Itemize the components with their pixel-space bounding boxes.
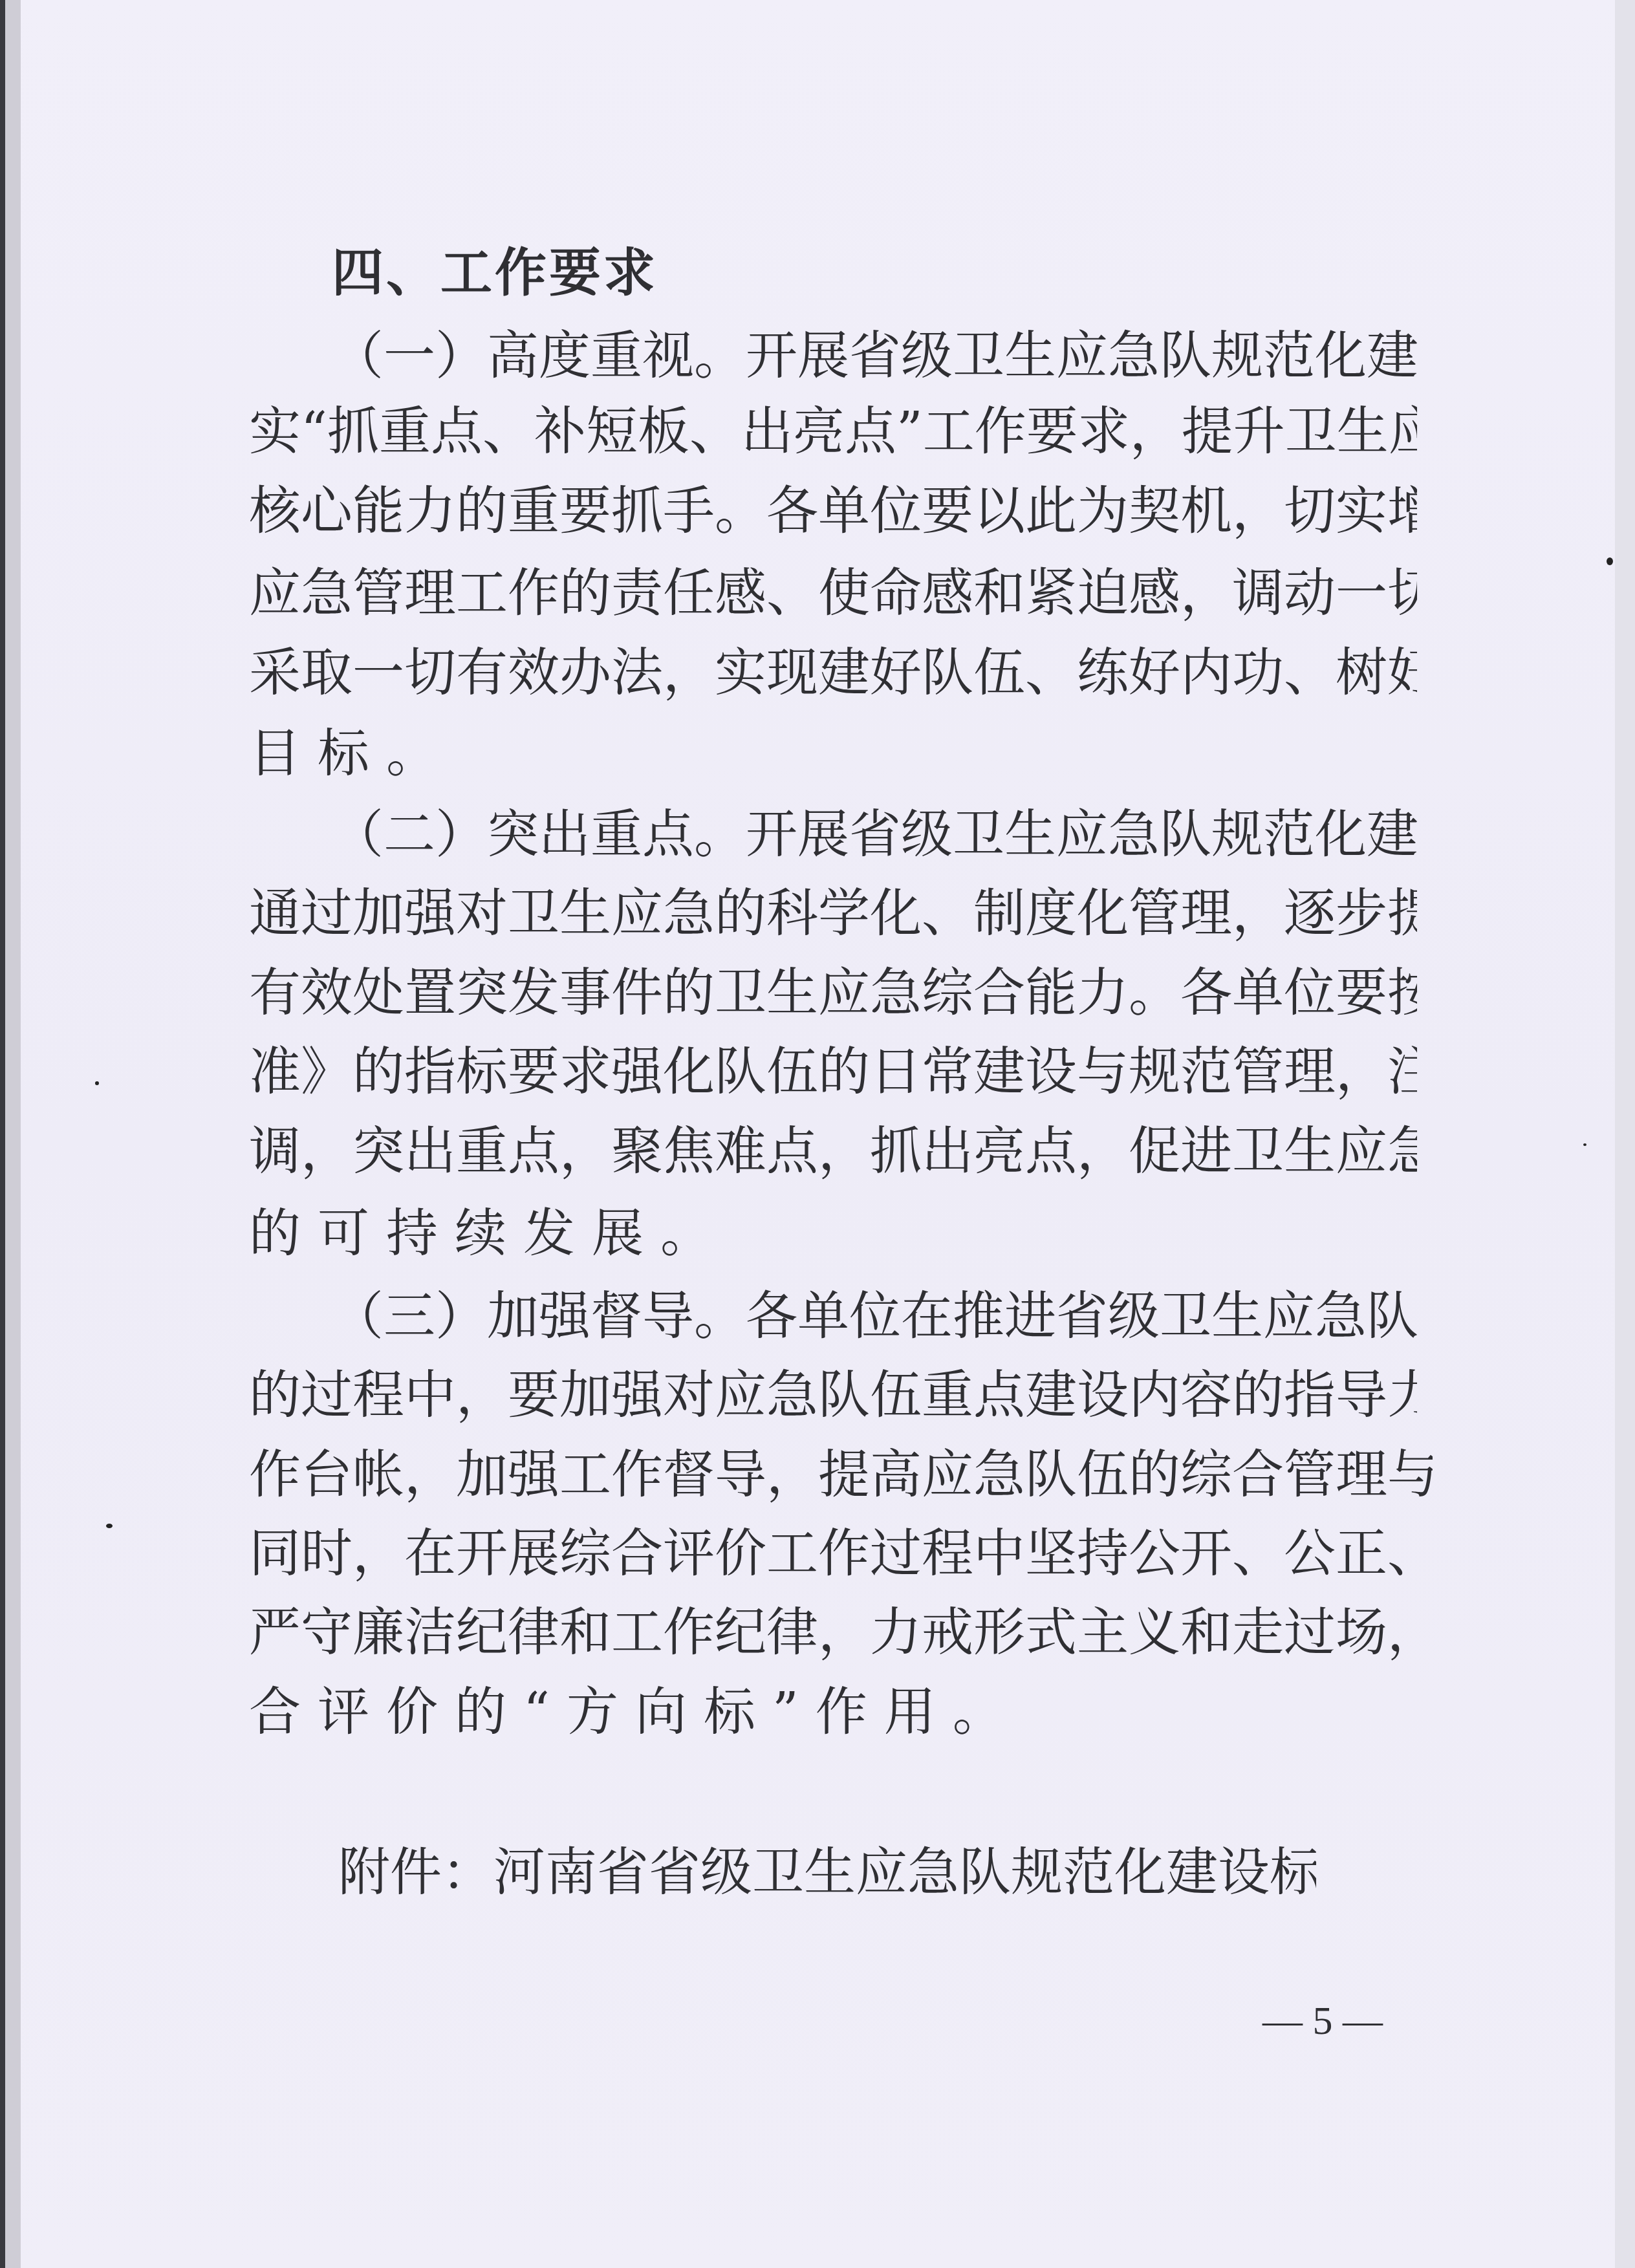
scan-speck <box>1583 1143 1586 1146</box>
paragraph-1-line-5: 采取一切有效办法，实现建好队伍、练好内功、树好形象的工作 <box>249 637 1417 708</box>
paragraph-3-line-4: 同时，在开展综合评价工作过程中坚持公开、公正、客观原则， <box>249 1518 1433 1589</box>
paragraph-1-line-2: 实“抓重点、补短板、出亮点”工作要求，提升卫生应急队伍 <box>249 396 1417 467</box>
paragraph-2-line-5: 调，突出重点，聚焦难点，抓出亮点，促进卫生应急规范化建设 <box>249 1116 1417 1187</box>
paragraph-2-line-4: 准》的指标要求强化队伍的日常建设与规范管理，注重统筹协 <box>249 1036 1417 1107</box>
scan-edge-right <box>1615 0 1635 2268</box>
paragraph-1-line-4: 应急管理工作的责任感、使命感和紧迫感，调动一切积极因素， <box>249 557 1417 629</box>
paragraph-3-line-3: 作台帐，加强工作督导，提高应急队伍的综合管理与应急能力。 <box>249 1439 1433 1510</box>
paragraph-3-line-1: （三）加强督导。各单位在推进省级卫生应急队规范化建设 <box>332 1280 1417 1352</box>
paragraph-1-line-6: 目标。 <box>249 718 572 789</box>
paragraph-2-line-1: （二）突出重点。开展省级卫生应急队规范化建设的目的是 <box>332 799 1417 870</box>
page-number: — 5 — <box>1251 1995 1394 2047</box>
scan-edge-left <box>5 0 21 2268</box>
paragraph-2-line-6: 的可持续发展。 <box>249 1198 766 1269</box>
scan-edge-left-dark <box>0 0 5 2268</box>
paragraph-3-line-5: 严守廉洁纪律和工作纪律，力戒形式主义和走过场，充分发挥综 <box>249 1597 1417 1668</box>
paragraph-1-line-1: （一）高度重视。开展省级卫生应急队规范化建设是全面落 <box>332 320 1417 391</box>
attachment-line: 附件：河南省省级卫生应急队规范化建设标准（试行） <box>338 1837 1316 1908</box>
paragraph-3-line-6: 合评价的“方向标”作用。 <box>249 1676 1090 1747</box>
paragraph-3-line-2: 的过程中，要加强对应急队伍重点建设内容的指导力度，制定工 <box>249 1359 1417 1431</box>
scan-speck <box>1607 557 1613 565</box>
scan-speck <box>95 1081 99 1085</box>
scan-speck <box>106 1524 113 1528</box>
section-heading: 四、工作要求 <box>332 237 785 308</box>
paragraph-1-line-3: 核心能力的重要抓手。各单位要以此为契机，切实增强做好卫生 <box>249 475 1417 546</box>
paragraph-2-line-3: 有效处置突发事件的卫生应急综合能力。各单位要按照《建设标 <box>249 957 1417 1028</box>
paragraph-2-line-2: 通过加强对卫生应急的科学化、制度化管理，逐步提升有力有序 <box>249 878 1417 949</box>
